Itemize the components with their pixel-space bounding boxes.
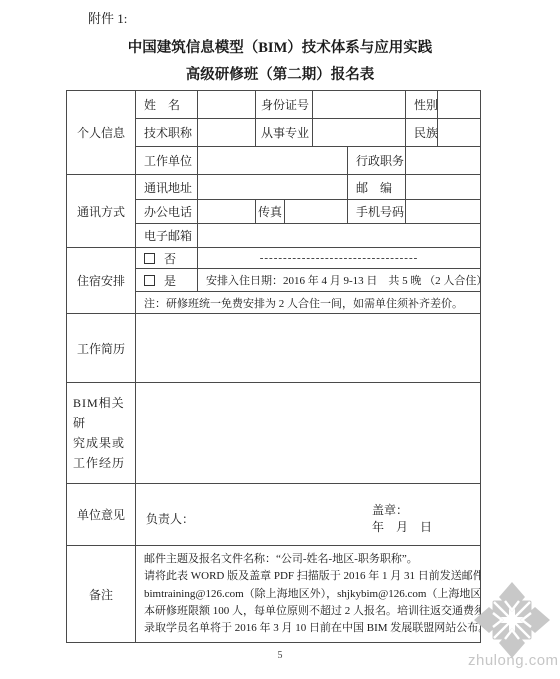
checkbox-yes-icon[interactable] — [144, 275, 155, 286]
lodging-no-dashes: ---------------------------------- — [198, 248, 481, 269]
table-row: 备注 邮件主题及报名文件名称：“公司-姓名-地区-职务职称”。 请将此表 WOR… — [67, 546, 481, 643]
section-lodging: 住宿安排 — [67, 248, 136, 314]
zip-code-label: 邮 编 — [348, 175, 406, 200]
remarks-line: 录取学员名单将于 2016 年 3 月 10 日前在中国 BIM 发展联盟网站公… — [144, 620, 472, 637]
table-row: 工作简历 — [67, 314, 481, 383]
work-resume-input-cell[interactable] — [136, 314, 481, 383]
section-remarks: 备注 — [67, 546, 136, 643]
table-row: 住宿安排 否 ---------------------------------… — [67, 248, 481, 269]
address-input-cell[interactable] — [198, 175, 348, 200]
section-contact-info: 通讯方式 — [67, 175, 136, 248]
name-label: 姓 名 — [136, 91, 198, 119]
checkbox-no-icon[interactable] — [144, 253, 155, 264]
seal-label: 盖章： — [372, 503, 408, 517]
office-phone-label: 办公电话 — [136, 200, 198, 224]
tech-title-label: 技术职称 — [136, 119, 198, 147]
fax-input-cell[interactable] — [285, 200, 348, 224]
ethnic-input-cell[interactable] — [438, 119, 481, 147]
gender-input-cell[interactable] — [438, 91, 481, 119]
office-phone-input-cell[interactable] — [198, 200, 256, 224]
mobile-input-cell[interactable] — [406, 200, 481, 224]
admin-post-label: 行政职务 — [348, 147, 406, 175]
remarks-line: 邮件主题及报名文件名称：“公司-姓名-地区-职务职称”。 — [144, 551, 472, 568]
document-page: 附件 1: 中国建筑信息模型（BIM）技术体系与应用实践 高级研修班（第二期）报… — [0, 0, 560, 679]
email-input-cell[interactable] — [198, 224, 481, 248]
lodging-note: 注：研修班统一免费安排为 2 人合住一间，如需单住须补齐差价。 — [136, 292, 481, 314]
name-input-cell[interactable] — [198, 91, 256, 119]
email-label: 电子邮箱 — [136, 224, 198, 248]
mobile-label: 手机号码 — [348, 200, 406, 224]
employer-label: 工作单位 — [136, 147, 198, 175]
section-work-resume: 工作简历 — [67, 314, 136, 383]
zhulong-logo-watermark — [470, 580, 554, 660]
fax-label: 传真 — [256, 200, 285, 224]
zip-code-input-cell[interactable] — [406, 175, 481, 200]
address-label: 通讯地址 — [136, 175, 198, 200]
lodging-no-cell: 否 — [136, 248, 198, 269]
attachment-label: 附件 1: — [88, 8, 127, 27]
manager-signature-label: 负责人： — [146, 510, 194, 527]
seal-date-block: 盖章： 年 月 日 — [372, 502, 432, 536]
table-row: 单位意见 负责人： 盖章： 年 月 日 — [67, 484, 481, 546]
gender-label: 性别 — [406, 91, 438, 119]
id-number-label: 身份证号 — [256, 91, 313, 119]
remarks-line: 本研修班限额 100 人，每单位原则不超过 2 人报名。培训往返交通费须自理。 — [144, 603, 472, 620]
remarks-line: 请将此表 WORD 版及盖章 PDF 扫描版于 2016 年 1 月 31 日前… — [144, 568, 472, 585]
table-row: BIM相关研 究成果或 工作经历 — [67, 383, 481, 484]
lodging-no-label: 否 — [164, 252, 176, 266]
section-bim-experience: BIM相关研 究成果或 工作经历 — [67, 383, 136, 484]
date-label: 年 月 日 — [372, 520, 432, 534]
table-row: 通讯方式 通讯地址 邮 编 — [67, 175, 481, 200]
table-row: 个人信息 姓 名 身份证号 性别 — [67, 91, 481, 119]
section-personal-info: 个人信息 — [67, 91, 136, 175]
ethnic-label: 民族 — [406, 119, 438, 147]
remarks-text-cell: 邮件主题及报名文件名称：“公司-姓名-地区-职务职称”。 请将此表 WORD 版… — [136, 546, 481, 643]
document-title-line1: 中国建筑信息模型（BIM）技术体系与应用实践 — [0, 36, 560, 57]
lodging-yes-cell: 是 — [136, 269, 198, 292]
registration-form-table: 个人信息 姓 名 身份证号 性别 技术职称 从事专业 民族 工作单位 行政职务 … — [66, 90, 481, 643]
section-employer-opinion: 单位意见 — [67, 484, 136, 546]
employer-input-cell[interactable] — [198, 147, 348, 175]
document-title-line2: 高级研修班（第二期）报名表 — [0, 63, 560, 84]
lodging-yes-detail: 安排入住日期：2016 年 4 月 9-13 日 共 5 晚 （2 人合住） — [198, 269, 481, 292]
remarks-line: bimtraining@126.com（除上海地区外），shjkybim@126… — [144, 586, 472, 603]
major-label: 从事专业 — [256, 119, 313, 147]
employer-opinion-cell[interactable]: 负责人： 盖章： 年 月 日 — [136, 484, 481, 546]
id-number-input-cell[interactable] — [313, 91, 406, 119]
major-input-cell[interactable] — [313, 119, 406, 147]
zhulong-watermark-text: zhulong.com — [468, 652, 560, 669]
bim-experience-input-cell[interactable] — [136, 383, 481, 484]
admin-post-input-cell[interactable] — [406, 147, 481, 175]
lodging-yes-label: 是 — [164, 274, 176, 288]
tech-title-input-cell[interactable] — [198, 119, 256, 147]
